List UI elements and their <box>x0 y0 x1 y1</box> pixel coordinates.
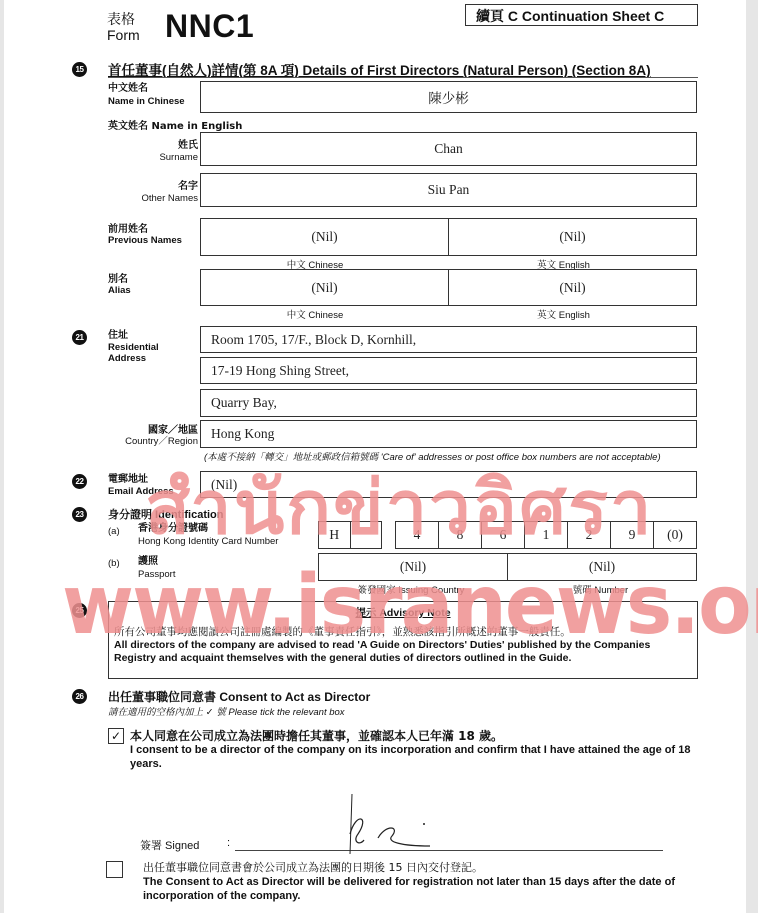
advisory-text-en: All directors of the company are advised… <box>114 639 692 665</box>
form-label-cn: 表格 <box>107 9 135 29</box>
section-number-21: 21 <box>72 330 87 345</box>
hkid-prefix-char-1[interactable]: H <box>319 522 350 548</box>
hkid-digit[interactable]: 6 <box>481 522 524 548</box>
consent-option-1-text-en: I consent to be a director of the compan… <box>130 743 700 771</box>
signature-image[interactable] <box>330 790 470 860</box>
caption-number: 號碼 Number <box>504 582 697 596</box>
country-label-en: Country／Region <box>100 436 198 447</box>
continuation-sheet-label: 續頁 C Continuation Sheet C <box>465 4 698 26</box>
surname-label-cn: 姓氏 <box>108 140 198 152</box>
email-label-en: Email Address <box>108 486 174 497</box>
previous-names-label-en: Previous Names <box>108 235 182 246</box>
other-names-label-cn: 名字 <box>108 181 198 193</box>
hkid-digit[interactable]: 1 <box>524 522 567 548</box>
address-label-en-1: Residential <box>108 342 159 353</box>
hkid-digit[interactable]: 2 <box>567 522 610 548</box>
advisory-text-cn: 所有公司董事均應閱讀公司註冊處編製的《董事責任指引》，並熟悉該指引所概述的董事一… <box>114 624 692 639</box>
consent-option-1-checkbox[interactable]: ✓ <box>108 728 124 744</box>
consent-option-2-text-en: The Consent to Act as Director will be d… <box>143 875 703 903</box>
passport-label-cn: 護照 <box>138 556 158 568</box>
advisory-title: 提示 Advisory Note <box>114 605 692 620</box>
section-number-15: 15 <box>72 62 87 77</box>
section-number-22: 22 <box>72 474 87 489</box>
passport-number-field[interactable]: (Nil) <box>507 554 696 580</box>
previous-names-chinese-field[interactable]: (Nil) <box>201 219 448 255</box>
hkid-check-digit[interactable]: (0) <box>653 522 696 548</box>
name-chinese-label-en: Name in Chinese <box>108 96 185 107</box>
hkid-digit[interactable]: 4 <box>396 522 438 548</box>
passport-index: (b) <box>108 558 120 569</box>
alias-field: (Nil) (Nil) <box>200 269 697 306</box>
address-label-cn: 住址 <box>108 330 128 342</box>
hkid-digit[interactable]: 9 <box>610 522 653 548</box>
advisory-note-box: 提示 Advisory Note 所有公司董事均應閱讀公司註冊處編製的《董事責任… <box>108 601 698 679</box>
surname-field[interactable]: Chan <box>200 132 697 166</box>
other-names-label-en: Other Names <box>108 193 198 204</box>
address-line-2-field[interactable]: 17-19 Hong Shing Street, <box>200 357 697 384</box>
section-title: 首任董事(自然人)詳情(第 8A 項) Details of First Dir… <box>108 59 651 79</box>
address-label-en-2: Address <box>108 353 146 364</box>
name-chinese-label-cn: 中文姓名 <box>108 83 148 95</box>
hkid-prefix-char-2[interactable] <box>350 522 382 548</box>
passport-label-en: Passport <box>138 569 176 580</box>
page-edge-left <box>0 0 4 913</box>
caption-issuing-country: 簽發國家 Issuing Country <box>318 582 504 596</box>
form-label-en: Form <box>107 27 140 43</box>
caption-chinese-2: 中文 Chinese <box>200 307 430 321</box>
section-number-26: 26 <box>72 689 87 704</box>
address-line-1-field[interactable]: Room 1705, 17/F., Block D, Kornhill, <box>200 326 697 353</box>
passport-field: (Nil) (Nil) <box>318 553 697 581</box>
signed-label: 簽署 Signed <box>140 837 199 853</box>
previous-names-field: (Nil) (Nil) <box>200 218 697 256</box>
hkid-index: (a) <box>108 526 120 537</box>
caption-english-2: 英文 English <box>430 307 697 321</box>
hkid-digits-field: 4 8 6 1 2 9 (0) <box>395 521 697 549</box>
alias-chinese-field[interactable]: (Nil) <box>201 270 448 305</box>
email-field[interactable]: (Nil) <box>200 471 697 498</box>
consent-title: 出任董事職位同意書 Consent to Act as Director <box>108 688 370 705</box>
surname-label-en: Surname <box>108 152 198 163</box>
section-number-23: 23 <box>72 507 87 522</box>
previous-names-english-field[interactable]: (Nil) <box>448 219 696 255</box>
consent-option-1-text-cn: 本人同意在公司成立為法團時擔任其董事，並確認本人已年滿 18 歲。 <box>130 727 503 744</box>
hkid-label-cn: 香港身分證號碼 <box>138 523 208 535</box>
section-number-25: 25 <box>72 603 87 618</box>
page-edge-right <box>746 0 758 913</box>
section-rule <box>108 77 698 78</box>
other-names-field[interactable]: Siu Pan <box>200 173 697 207</box>
consent-option-2-checkbox[interactable] <box>106 861 123 878</box>
name-chinese-field[interactable]: 陳少彬 <box>200 81 697 113</box>
passport-issuing-country-field[interactable]: (Nil) <box>319 554 507 580</box>
signed-colon: : <box>227 837 230 849</box>
email-label-cn: 電郵地址 <box>108 474 148 486</box>
address-note: (本處不接納「轉交」地址或郵政信箱號碼 'Care of' addresses … <box>204 449 661 463</box>
alias-label-en: Alias <box>108 285 131 296</box>
hkid-label-en: Hong Kong Identity Card Number <box>138 536 278 547</box>
consent-option-2-text-cn: 出任董事職位同意書會於公司成立為法團的日期後 15 日內交付登記。 <box>143 859 483 875</box>
hkid-digit[interactable]: 8 <box>438 522 481 548</box>
country-field[interactable]: Hong Kong <box>200 420 697 448</box>
address-line-3-field[interactable]: Quarry Bay, <box>200 389 697 417</box>
hkid-prefix-field: H <box>318 521 382 549</box>
identification-heading: 身分證明 Identification <box>108 506 224 522</box>
alias-english-field[interactable]: (Nil) <box>448 270 696 305</box>
consent-instruction: 請在適用的空格內加上 ✓ 號 Please tick the relevant … <box>108 704 345 718</box>
form-code: NNC1 <box>165 8 254 45</box>
